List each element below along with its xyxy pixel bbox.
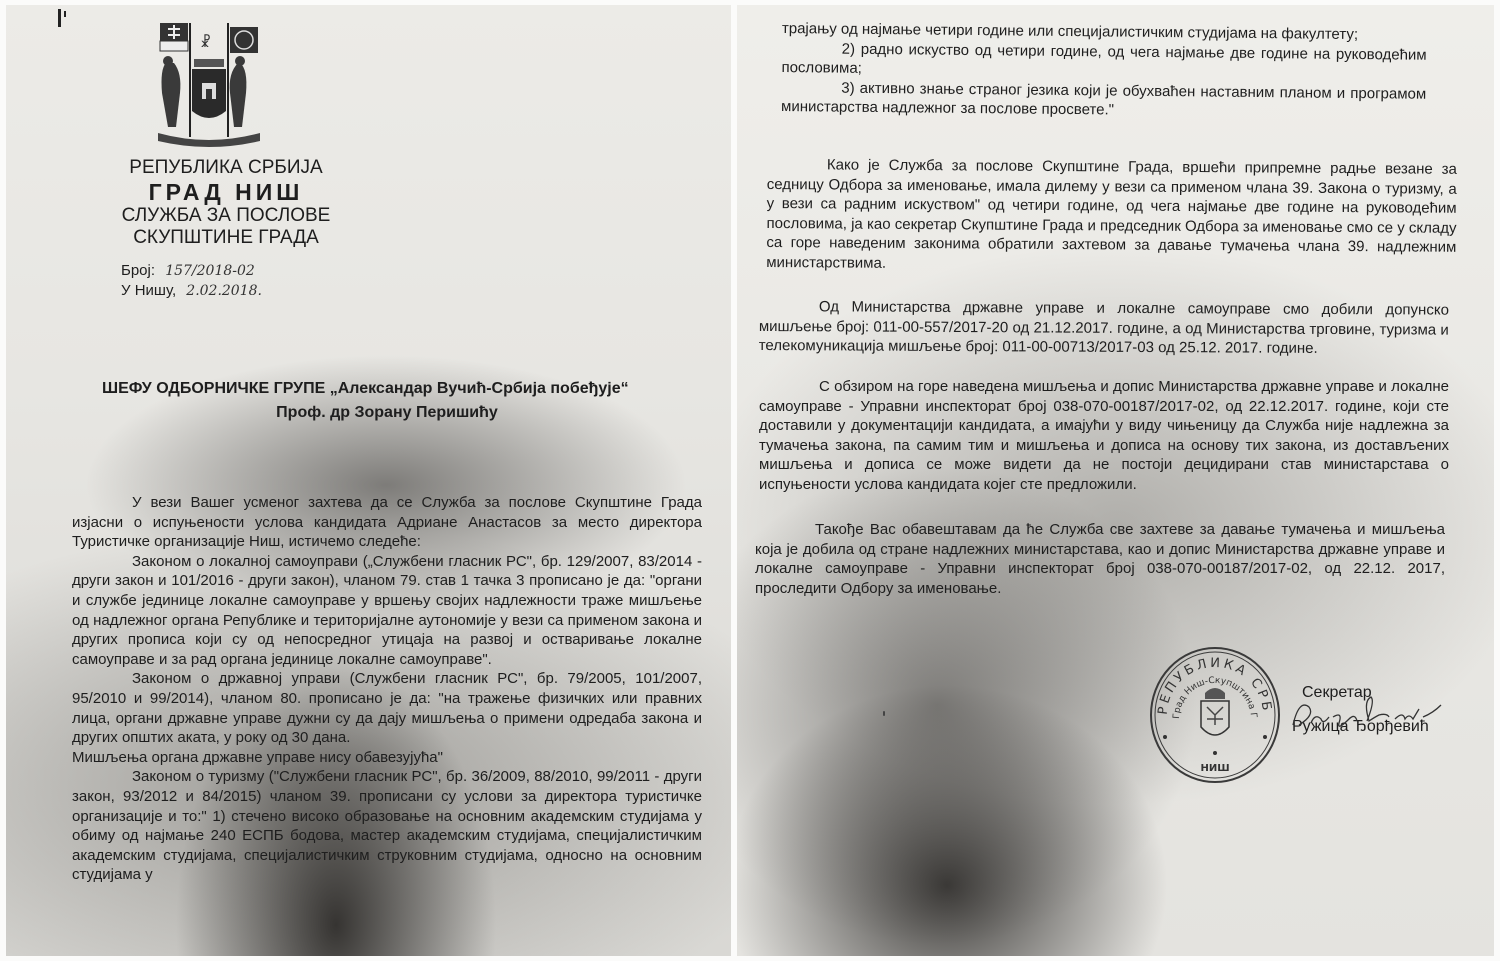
addressee-line-2: Проф. др Зорану Перишићу [102, 401, 692, 425]
svg-text:☧: ☧ [200, 34, 211, 51]
letterhead: РЕПУБЛИКА СРБИЈА ГРАД НИШ СЛУЖБА ЗА ПОСЛ… [106, 157, 346, 249]
paragraph-text: Такође Вас обавештавам да ће Служба све … [755, 520, 1445, 598]
paragraph: Законом о државној управи (Службени глас… [72, 669, 702, 747]
paragraph: Од Министарства државне управе и локалне… [759, 297, 1449, 359]
reference-number-label: Број: [121, 262, 155, 279]
serbian-coat-of-arms-icon [1201, 688, 1229, 735]
condition-item: 2) радно искуство од четири године, од ч… [781, 39, 1426, 85]
reference-place-label: У Нишу, [121, 282, 176, 299]
paragraph: С обзиром на горе наведена мишљења и доп… [759, 377, 1449, 495]
paragraph: Како је Служба за послове Скупштине Град… [766, 155, 1457, 277]
letterhead-city: ГРАД НИШ [106, 179, 346, 205]
document-page-2: трајању од најмање четири године или спе… [737, 5, 1494, 956]
letter-body-page-1: У вези Вашег усменог захтева да се Служб… [72, 493, 702, 885]
paragraph: Законом о туризму ("Службени гласник РС"… [72, 767, 702, 885]
paragraph-text: С обзиром на горе наведена мишљења и доп… [759, 377, 1449, 495]
paragraph: Законом о локалној самоуправи („Службени… [72, 552, 702, 670]
addressee-line-1: ШЕФУ ОДБОРНИЧКЕ ГРУПЕ „Александар Вучић-… [102, 380, 629, 397]
letterhead-service: СЛУЖБА ЗА ПОСЛОВЕ [106, 205, 346, 227]
paragraph-text: Од Министарства државне управе и локалне… [759, 297, 1449, 359]
paragraph: Такође Вас обавештавам да ће Служба све … [755, 520, 1445, 598]
punch-mark [64, 11, 66, 17]
letterhead-assembly: СКУПШТИНЕ ГРАДА [106, 227, 346, 249]
letterhead-country: РЕПУБЛИКА СРБИЈА [106, 157, 346, 179]
condition-item: 3) активно знање страног језика који је … [781, 78, 1426, 124]
handwritten-signature [1285, 695, 1465, 735]
addressee: ШЕФУ ОДБОРНИЧКЕ ГРУПЕ „Александар Вучић-… [102, 377, 692, 425]
punch-mark [58, 9, 61, 27]
reference-number-value: 157/2018-02 [165, 263, 255, 279]
stamp-bottom-text: НИШ [1200, 763, 1229, 774]
document-page-1: ☧ РЕПУБЛИКА СРБИЈА ГРАД НИШ СЛУЖБА ЗА ПО… [6, 5, 731, 956]
paragraph-text: Како је Служба за послове Скупштине Град… [766, 155, 1457, 277]
paragraph: Мишљења органа државне управе нису обаве… [72, 748, 702, 768]
official-stamp: РЕПУБЛИКА СРБИЈА Град Ниш-Скупштина Град… [1145, 645, 1285, 785]
reference-date-value: 2.02.2018. [186, 283, 262, 299]
conditions-continuation: трајању од најмање четири године или спе… [781, 19, 1427, 124]
reference-block: Број: 157/2018-02 У Нишу, 2.02.2018. [121, 261, 262, 301]
city-of-nis-coat-of-arms-icon: ☧ [154, 17, 264, 149]
paragraph: У вези Вашег усменог захтева да се Служб… [72, 493, 702, 552]
scan-artifact [883, 711, 885, 716]
